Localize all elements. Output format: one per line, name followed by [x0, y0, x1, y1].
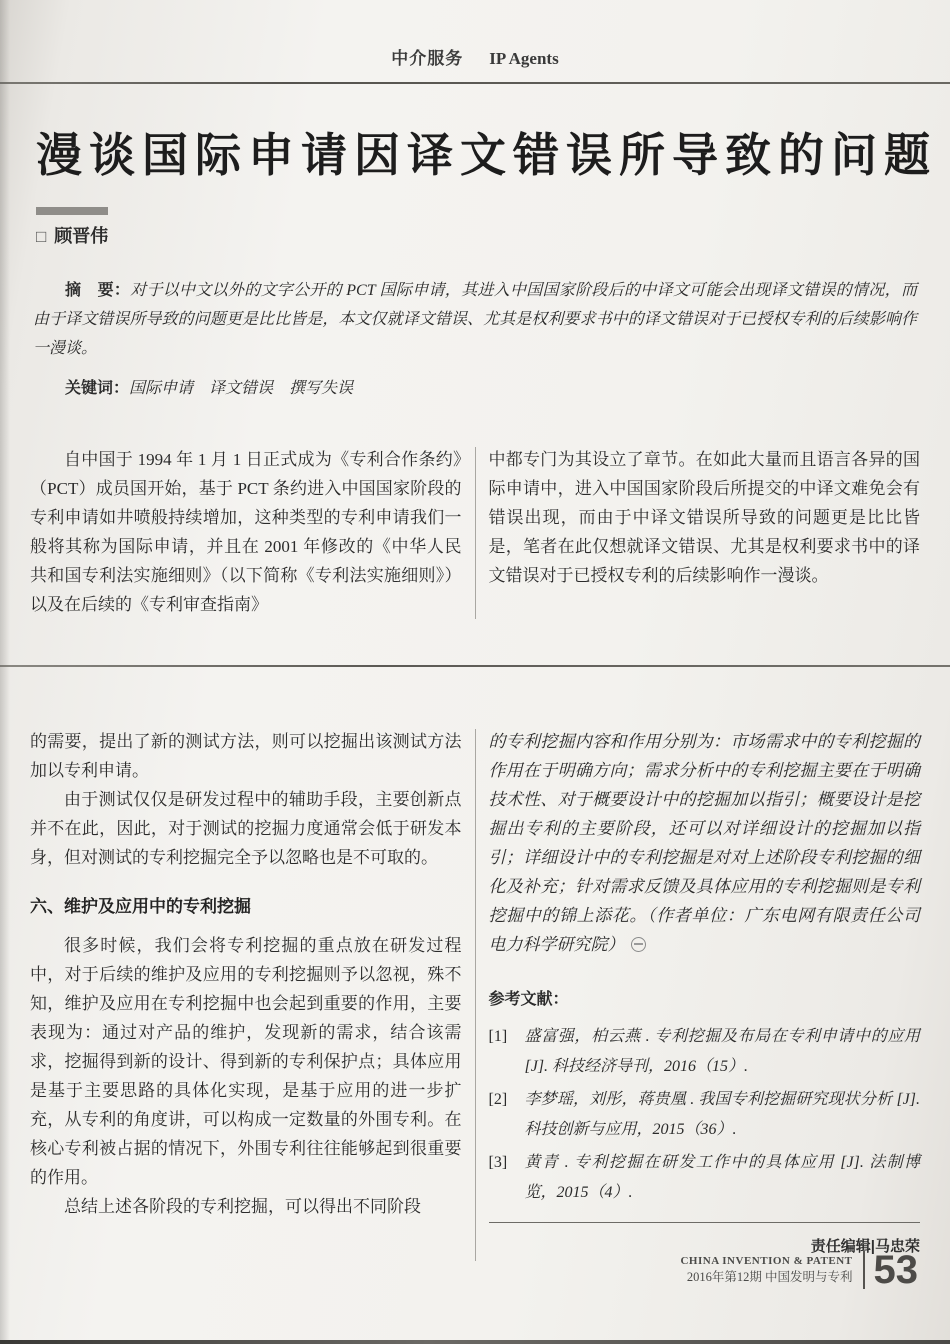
section-label-en: IP Agents	[489, 49, 558, 68]
journal-name-cn: 中国发明与专利	[765, 1270, 853, 1284]
body-paragraph: 由于测试仅仅是研发过程中的辅助手段，主要创新点并不在此，因此，对于测试的挖掘力度…	[30, 785, 462, 872]
section-divider-rule	[0, 665, 950, 667]
intro-right-column: 中都专门为其设立了章节。在如此大量而且语言各异的国际申请中，进入中国国家阶段后所…	[489, 445, 921, 619]
abstract-paragraph: 摘 要：对于以中文以外的文字公开的 PCT 国际申请，其进入中国国家阶段后的中译…	[33, 276, 917, 363]
reference-text: 盛富强，柏云燕 . 专利挖掘及布局在专利申请中的应用 [J]. 科技经济导刊，2…	[525, 1022, 921, 1082]
intro-columns: 自中国于 1994 年 1 月 1 日正式成为《专利合作条约》（PCT）成员国开…	[30, 445, 920, 619]
body-paragraph: 很多时候，我们会将专利挖掘的重点放在研发过程中，对于后续的维护及应用的专利挖掘则…	[30, 931, 462, 1192]
references-label: 参考文献：	[489, 985, 921, 1014]
body-left-column: 的需要，提出了新的测试方法，则可以挖掘出该测试方法加以专利申请。 由于测试仅仅是…	[30, 727, 462, 1261]
journal-name-en: CHINA INVENTION & PATENT	[680, 1254, 852, 1269]
author-line: □顾晋伟	[36, 222, 950, 248]
keywords-label: 关键词：	[65, 380, 129, 397]
scan-bottom-edge	[0, 1340, 950, 1344]
reference-number: [2]	[489, 1085, 525, 1145]
intro-left-column: 自中国于 1994 年 1 月 1 日正式成为《专利合作条约》（PCT）成员国开…	[30, 445, 462, 619]
author-block: □顾晋伟	[36, 207, 950, 248]
reference-item: [3] 黄青 . 专利挖掘在研发工作中的具体应用 [J]. 法制博览，2015（…	[489, 1148, 921, 1208]
abstract-label: 摘 要：	[65, 282, 130, 299]
keywords-line: 关键词：国际申请 译文错误 撰写失误	[33, 374, 917, 403]
body-paragraph: 的需要，提出了新的测试方法，则可以挖掘出该测试方法加以专利申请。	[30, 727, 462, 785]
reference-item: [1] 盛富强，柏云燕 . 专利挖掘及布局在专利申请中的应用 [J]. 科技经济…	[489, 1022, 921, 1082]
body-paragraph: 的专利挖掘内容和作用分别为：市场需求中的专利挖掘的作用在于明确方向；需求分析中的…	[489, 727, 921, 959]
page-number: 53	[874, 1250, 919, 1290]
magazine-page: 中介服务IP Agents 漫谈国际申请因译文错误所导致的问题 □顾晋伟 摘 要…	[0, 0, 950, 1344]
section-label-cn: 中介服务	[391, 49, 463, 68]
reference-text: 李梦瑶，刘彤，蒋贵凰 . 我国专利挖掘研究现状分析 [J]. 科技创新与应用，2…	[525, 1085, 921, 1145]
author-bar	[36, 207, 108, 215]
page-footer: CHINA INVENTION & PATENT 2016年第12期 中国发明与…	[680, 1250, 918, 1290]
header-rule	[0, 82, 950, 84]
body-paragraph: 总结上述各阶段的专利挖掘，可以得出不同阶段	[30, 1192, 462, 1221]
journal-issue-line: 2016年第12期 中国发明与专利	[680, 1269, 852, 1286]
intro-right-paragraph: 中都专门为其设立了章节。在如此大量而且语言各异的国际申请中，进入中国国家阶段后所…	[489, 445, 921, 590]
article-title: 漫谈国际申请因译文错误所导致的问题	[36, 128, 950, 183]
reference-text: 黄青 . 专利挖掘在研发工作中的具体应用 [J]. 法制博览，2015（4）.	[525, 1148, 921, 1208]
keywords-text: 国际申请 译文错误 撰写失误	[129, 380, 353, 397]
end-of-article-icon	[631, 937, 646, 952]
reference-number: [1]	[489, 1022, 525, 1082]
conclusion-text: 的专利挖掘内容和作用分别为：市场需求中的专利挖掘的作用在于明确方向；需求分析中的…	[489, 732, 921, 954]
abstract-block: 摘 要：对于以中文以外的文字公开的 PCT 国际申请，其进入中国国家阶段后的中译…	[33, 276, 917, 403]
reference-number: [3]	[489, 1148, 525, 1208]
footer-journal-info: CHINA INVENTION & PATENT 2016年第12期 中国发明与…	[680, 1254, 852, 1286]
author-name: 顾晋伟	[54, 226, 108, 246]
section-heading: 六、维护及应用中的专利挖掘	[30, 892, 462, 921]
reference-item: [2] 李梦瑶，刘彤，蒋贵凰 . 我国专利挖掘研究现状分析 [J]. 科技创新与…	[489, 1085, 921, 1145]
abstract-text: 对于以中文以外的文字公开的 PCT 国际申请，其进入中国国家阶段后的中译文可能会…	[33, 282, 917, 357]
intro-left-paragraph: 自中国于 1994 年 1 月 1 日正式成为《专利合作条约》（PCT）成员国开…	[30, 445, 462, 619]
column-divider	[475, 729, 476, 1261]
body-right-column: 的专利挖掘内容和作用分别为：市场需求中的专利挖掘的作用在于明确方向；需求分析中的…	[489, 727, 921, 1261]
footer-divider-bar	[863, 1251, 865, 1289]
column-divider	[475, 447, 476, 619]
issue-label: 2016年第12期	[687, 1270, 762, 1284]
body-columns: 的需要，提出了新的测试方法，则可以挖掘出该测试方法加以专利申请。 由于测试仅仅是…	[30, 727, 920, 1261]
page-header: 中介服务IP Agents	[0, 0, 950, 69]
author-marker-icon: □	[36, 227, 46, 246]
scan-edge-shade	[0, 0, 10, 1344]
